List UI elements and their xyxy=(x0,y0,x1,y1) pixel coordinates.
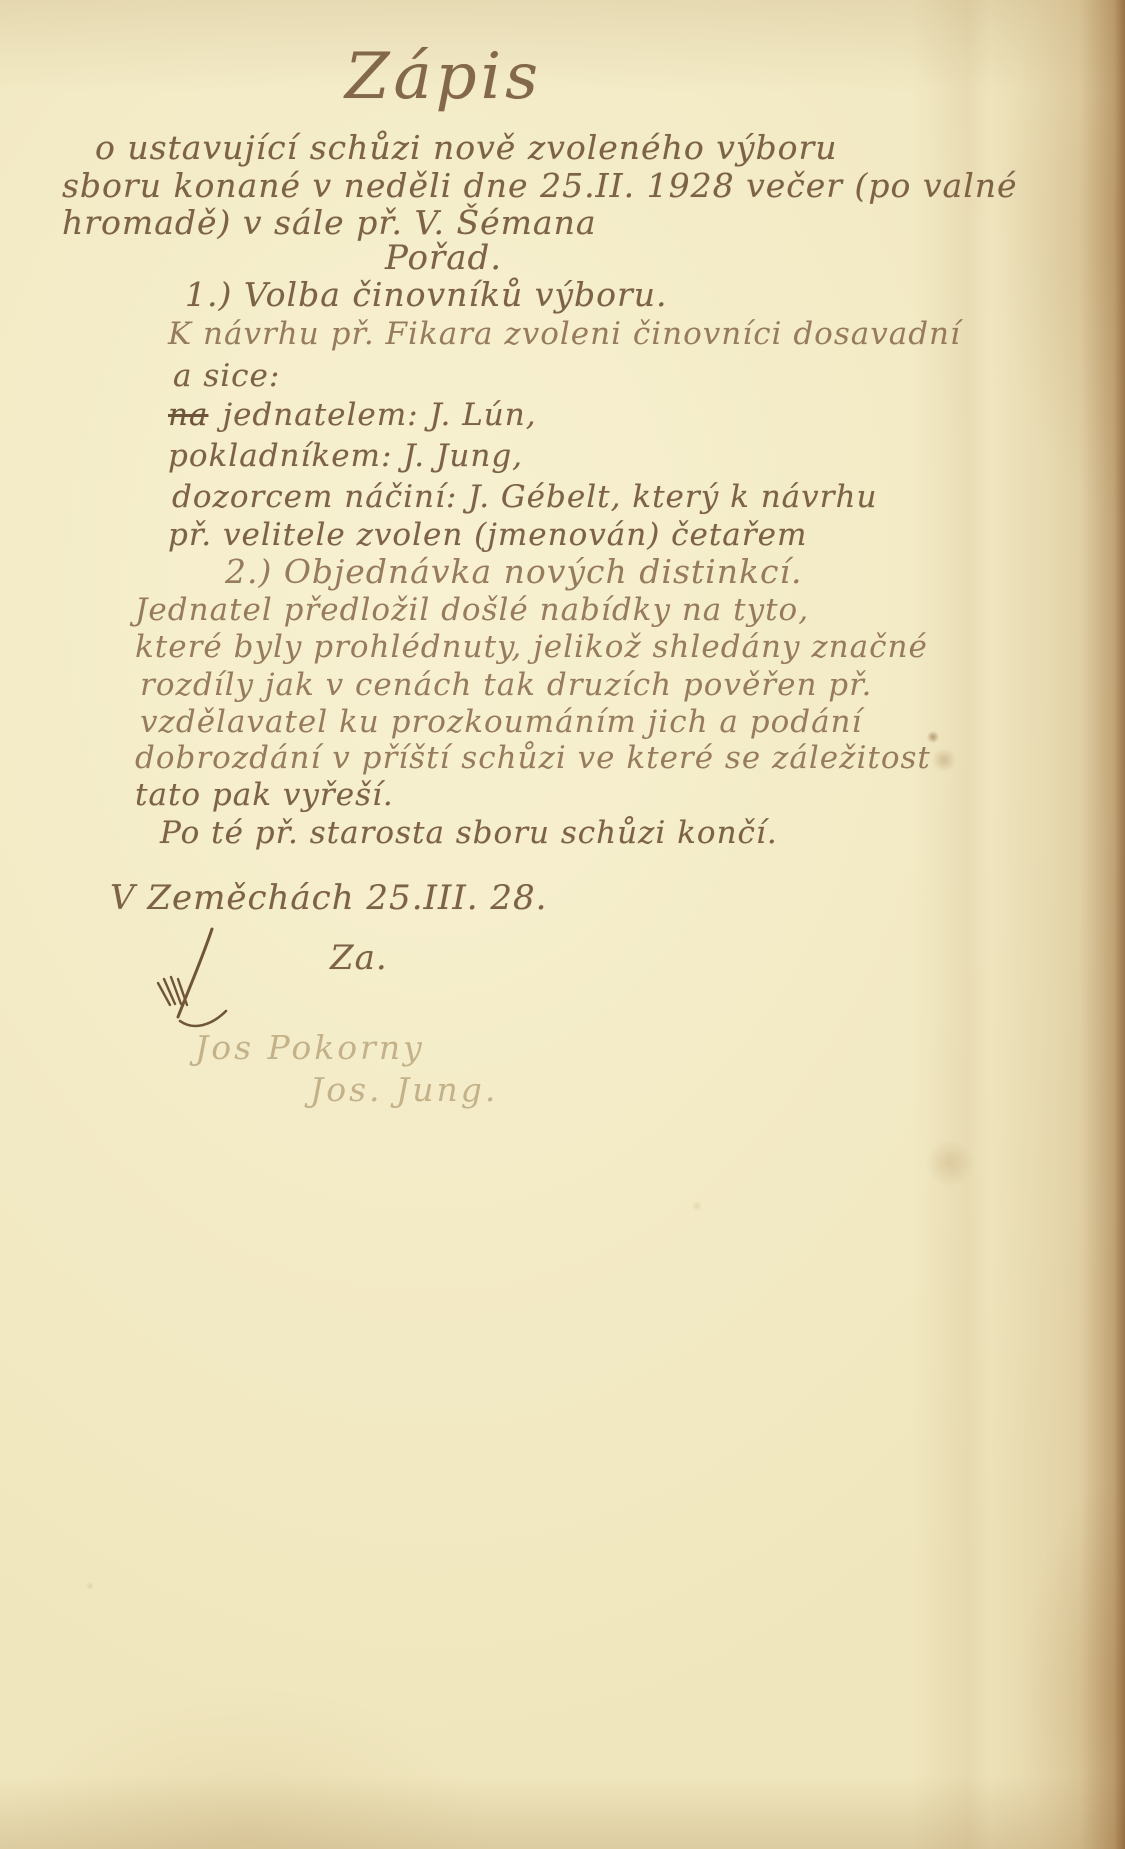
subtitle-line-2: sboru konané v neděli dne 25.II. 1928 ve… xyxy=(62,166,1018,205)
document-title: Zápis xyxy=(345,40,542,114)
item1-line-1: K návrhu př. Fikara zvoleni činovníci do… xyxy=(168,316,961,352)
subtitle-line-3: hromadě) v sále př. V. Šémana xyxy=(62,203,597,242)
item2-line-5: dobrozdání v příští schůzi ve které se z… xyxy=(135,740,931,776)
officer-dozorce-line-1: dozorcem náčiní: J. Gébelt, který k návr… xyxy=(172,479,877,515)
officer-jednatel-text: jednatelem: J. Lún, xyxy=(222,397,536,433)
za-label: Za. xyxy=(330,938,388,978)
item2-line-3: rozdíly jak v cenách tak druzích pověřen… xyxy=(140,667,872,703)
signature-1: Jos Pokorny xyxy=(195,1028,425,1067)
officer-jednatel: najednatelem: J. Lún, xyxy=(168,397,537,433)
item2-line-4: vzdělavatel ku prozkoumáním jich a podán… xyxy=(140,704,862,740)
item2-line-2: které byly prohlédnuty, jelikož shledány… xyxy=(135,629,928,665)
officer-pokladnik: pokladníkem: J. Jung, xyxy=(168,438,523,474)
subtitle-line-1: o ustavující schůzi nově zvoleného výbor… xyxy=(95,128,838,167)
item2-line-6: tato pak vyřeší. xyxy=(135,777,394,813)
item2-line-1: Jednatel předložil došlé nabídky na tyto… xyxy=(135,592,809,628)
agenda-heading: Pořad. xyxy=(385,238,502,278)
closing-line: Po té př. starosta sboru schůzi končí. xyxy=(160,815,778,851)
struck-word: na xyxy=(168,397,208,433)
item1-line-2: a sice: xyxy=(173,358,280,394)
place-date: V Zeměchách 25.III. 28. xyxy=(110,878,547,918)
item2-heading: 2.) Objednávka nových distinkcí. xyxy=(225,552,802,591)
officer-dozorce-line-2: př. velitele zvolen (jmenován) četařem xyxy=(168,517,807,553)
scanned-document-page: Zápis o ustavující schůzi nově zvoleného… xyxy=(0,0,1125,1849)
signature-2: Jos. Jung. xyxy=(310,1070,498,1109)
item1-heading: 1.) Volba činovníků výboru. xyxy=(185,275,668,314)
